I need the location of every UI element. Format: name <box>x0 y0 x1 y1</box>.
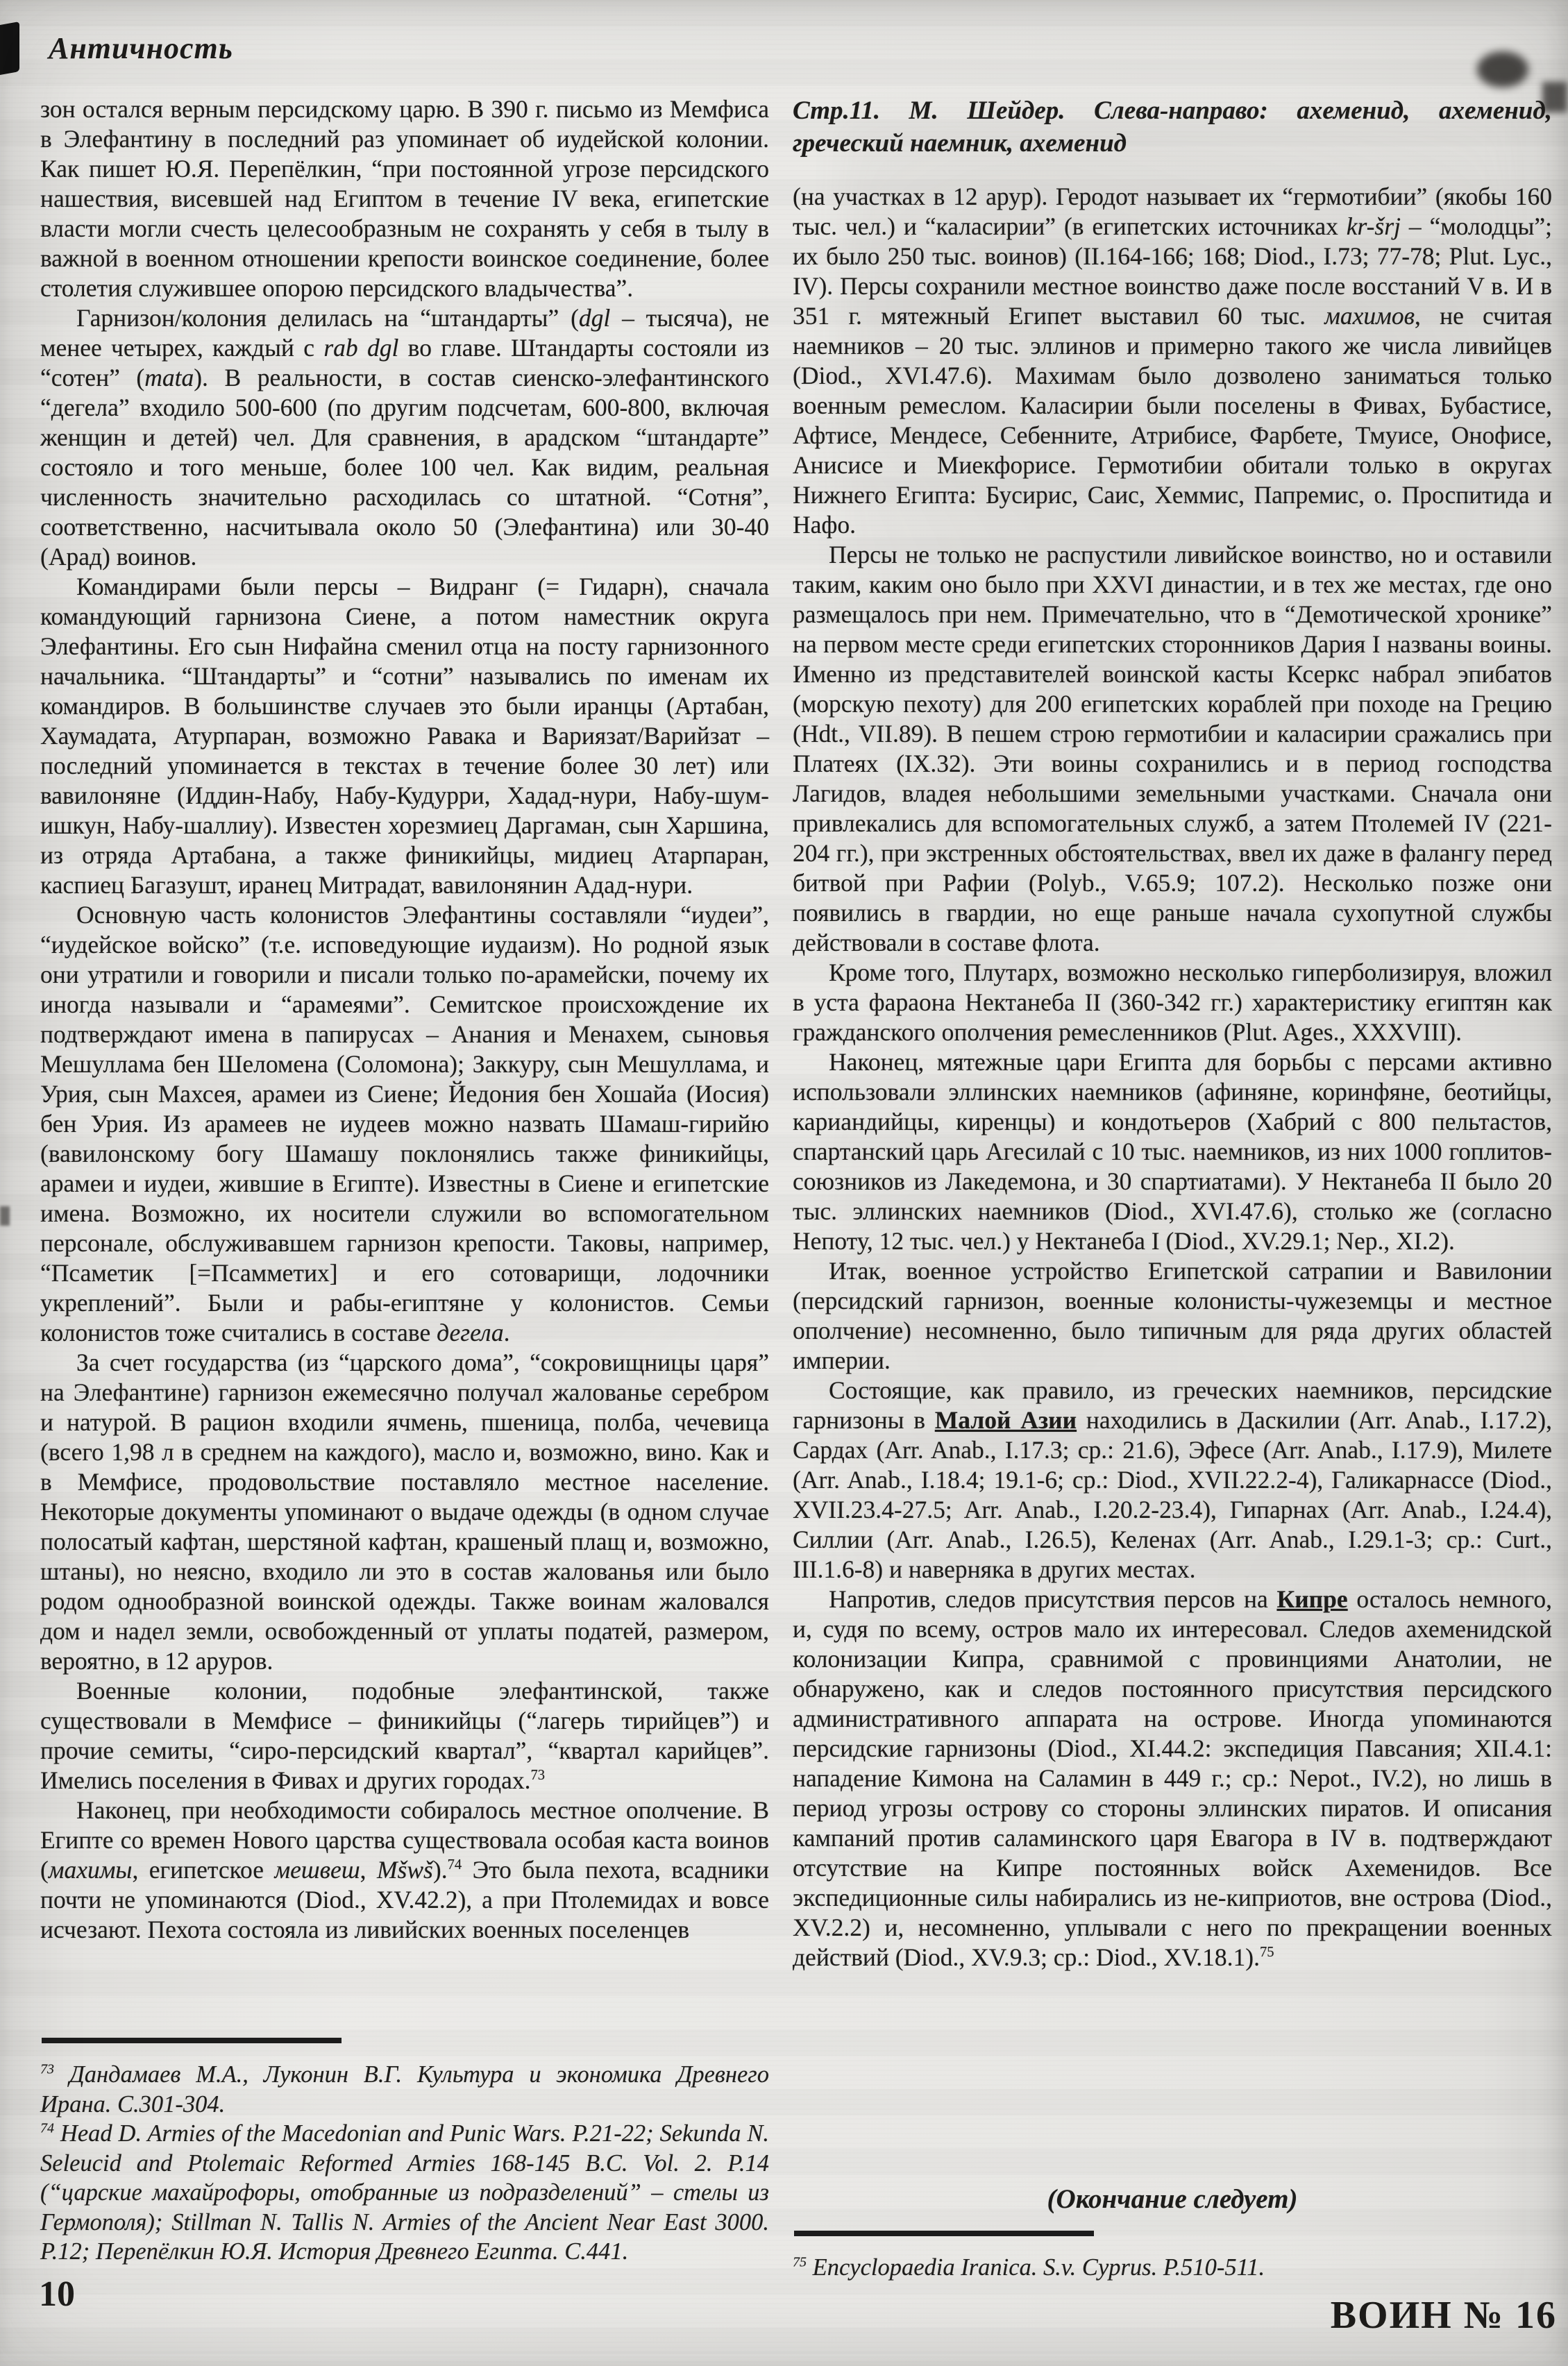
paragraph: Состоящие, как правило, из греческих нае… <box>793 1376 1552 1585</box>
scan-artifact <box>0 22 19 76</box>
page-number: 10 <box>39 2274 75 2315</box>
left-footnote-block: 73 Дандамаев М.А., Луконин В.Г. Культура… <box>40 2038 769 2267</box>
paragraph: Наконец, при необходимости собиралось ме… <box>40 1795 769 1945</box>
paragraph: Командирами были персы – Видранг (= Гида… <box>40 572 769 900</box>
section-header: Античность <box>49 31 233 66</box>
footnote: 74 Head D. Armies of the Macedonian and … <box>40 2119 769 2267</box>
paragraph: Итак, военное устройство Египетской сатр… <box>793 1256 1552 1376</box>
to-be-continued-note: (Окончание следует) <box>793 2183 1552 2215</box>
footnote-separator <box>794 2231 1094 2236</box>
scan-artifact <box>0 1206 10 1226</box>
right-column: Стр.11. М. Шейдер. Слева-направо: ахемен… <box>793 94 1552 1972</box>
scan-artifact <box>1477 51 1528 87</box>
footnote: 73 Дандамаев М.А., Луконин В.Г. Культура… <box>40 2060 769 2119</box>
paragraph: Военные колонии, подобные элефантинской,… <box>40 1676 769 1795</box>
paragraph: За счет государства (из “царского дома”,… <box>40 1348 769 1676</box>
paragraph: Гарнизон/колония делилась на “штандарты”… <box>40 303 769 572</box>
paragraph: (на участках в 12 арур). Геродот называе… <box>793 182 1552 540</box>
paragraph: Напротив, следов присутствия персов на К… <box>793 1585 1552 1972</box>
left-column: зон остался верным персидскому царю. В 3… <box>40 94 769 1945</box>
paragraph: Персы не только не распустили ливийское … <box>793 540 1552 958</box>
scanned-journal-page: Античность зон остался верным персидском… <box>0 0 1568 2366</box>
paragraph: Кроме того, Плутарх, возможно несколько … <box>793 958 1552 1047</box>
journal-title-footer: ВОИН № 16 <box>1331 2293 1557 2338</box>
image-caption: Стр.11. М. Шейдер. Слева-направо: ахемен… <box>793 94 1552 160</box>
footnote-separator <box>42 2038 342 2043</box>
right-footnote-block: 75 Encyclopaedia Iranica. S.v. Cyprus. P… <box>793 2231 1552 2283</box>
paragraph: Основную часть колонистов Элефантины сос… <box>40 900 769 1348</box>
paragraph: Наконец, мятежные цари Египта для борьбы… <box>793 1047 1552 1256</box>
footnote: 75 Encyclopaedia Iranica. S.v. Cyprus. P… <box>793 2253 1552 2283</box>
paragraph: зон остался верным персидскому царю. В 3… <box>40 94 769 303</box>
